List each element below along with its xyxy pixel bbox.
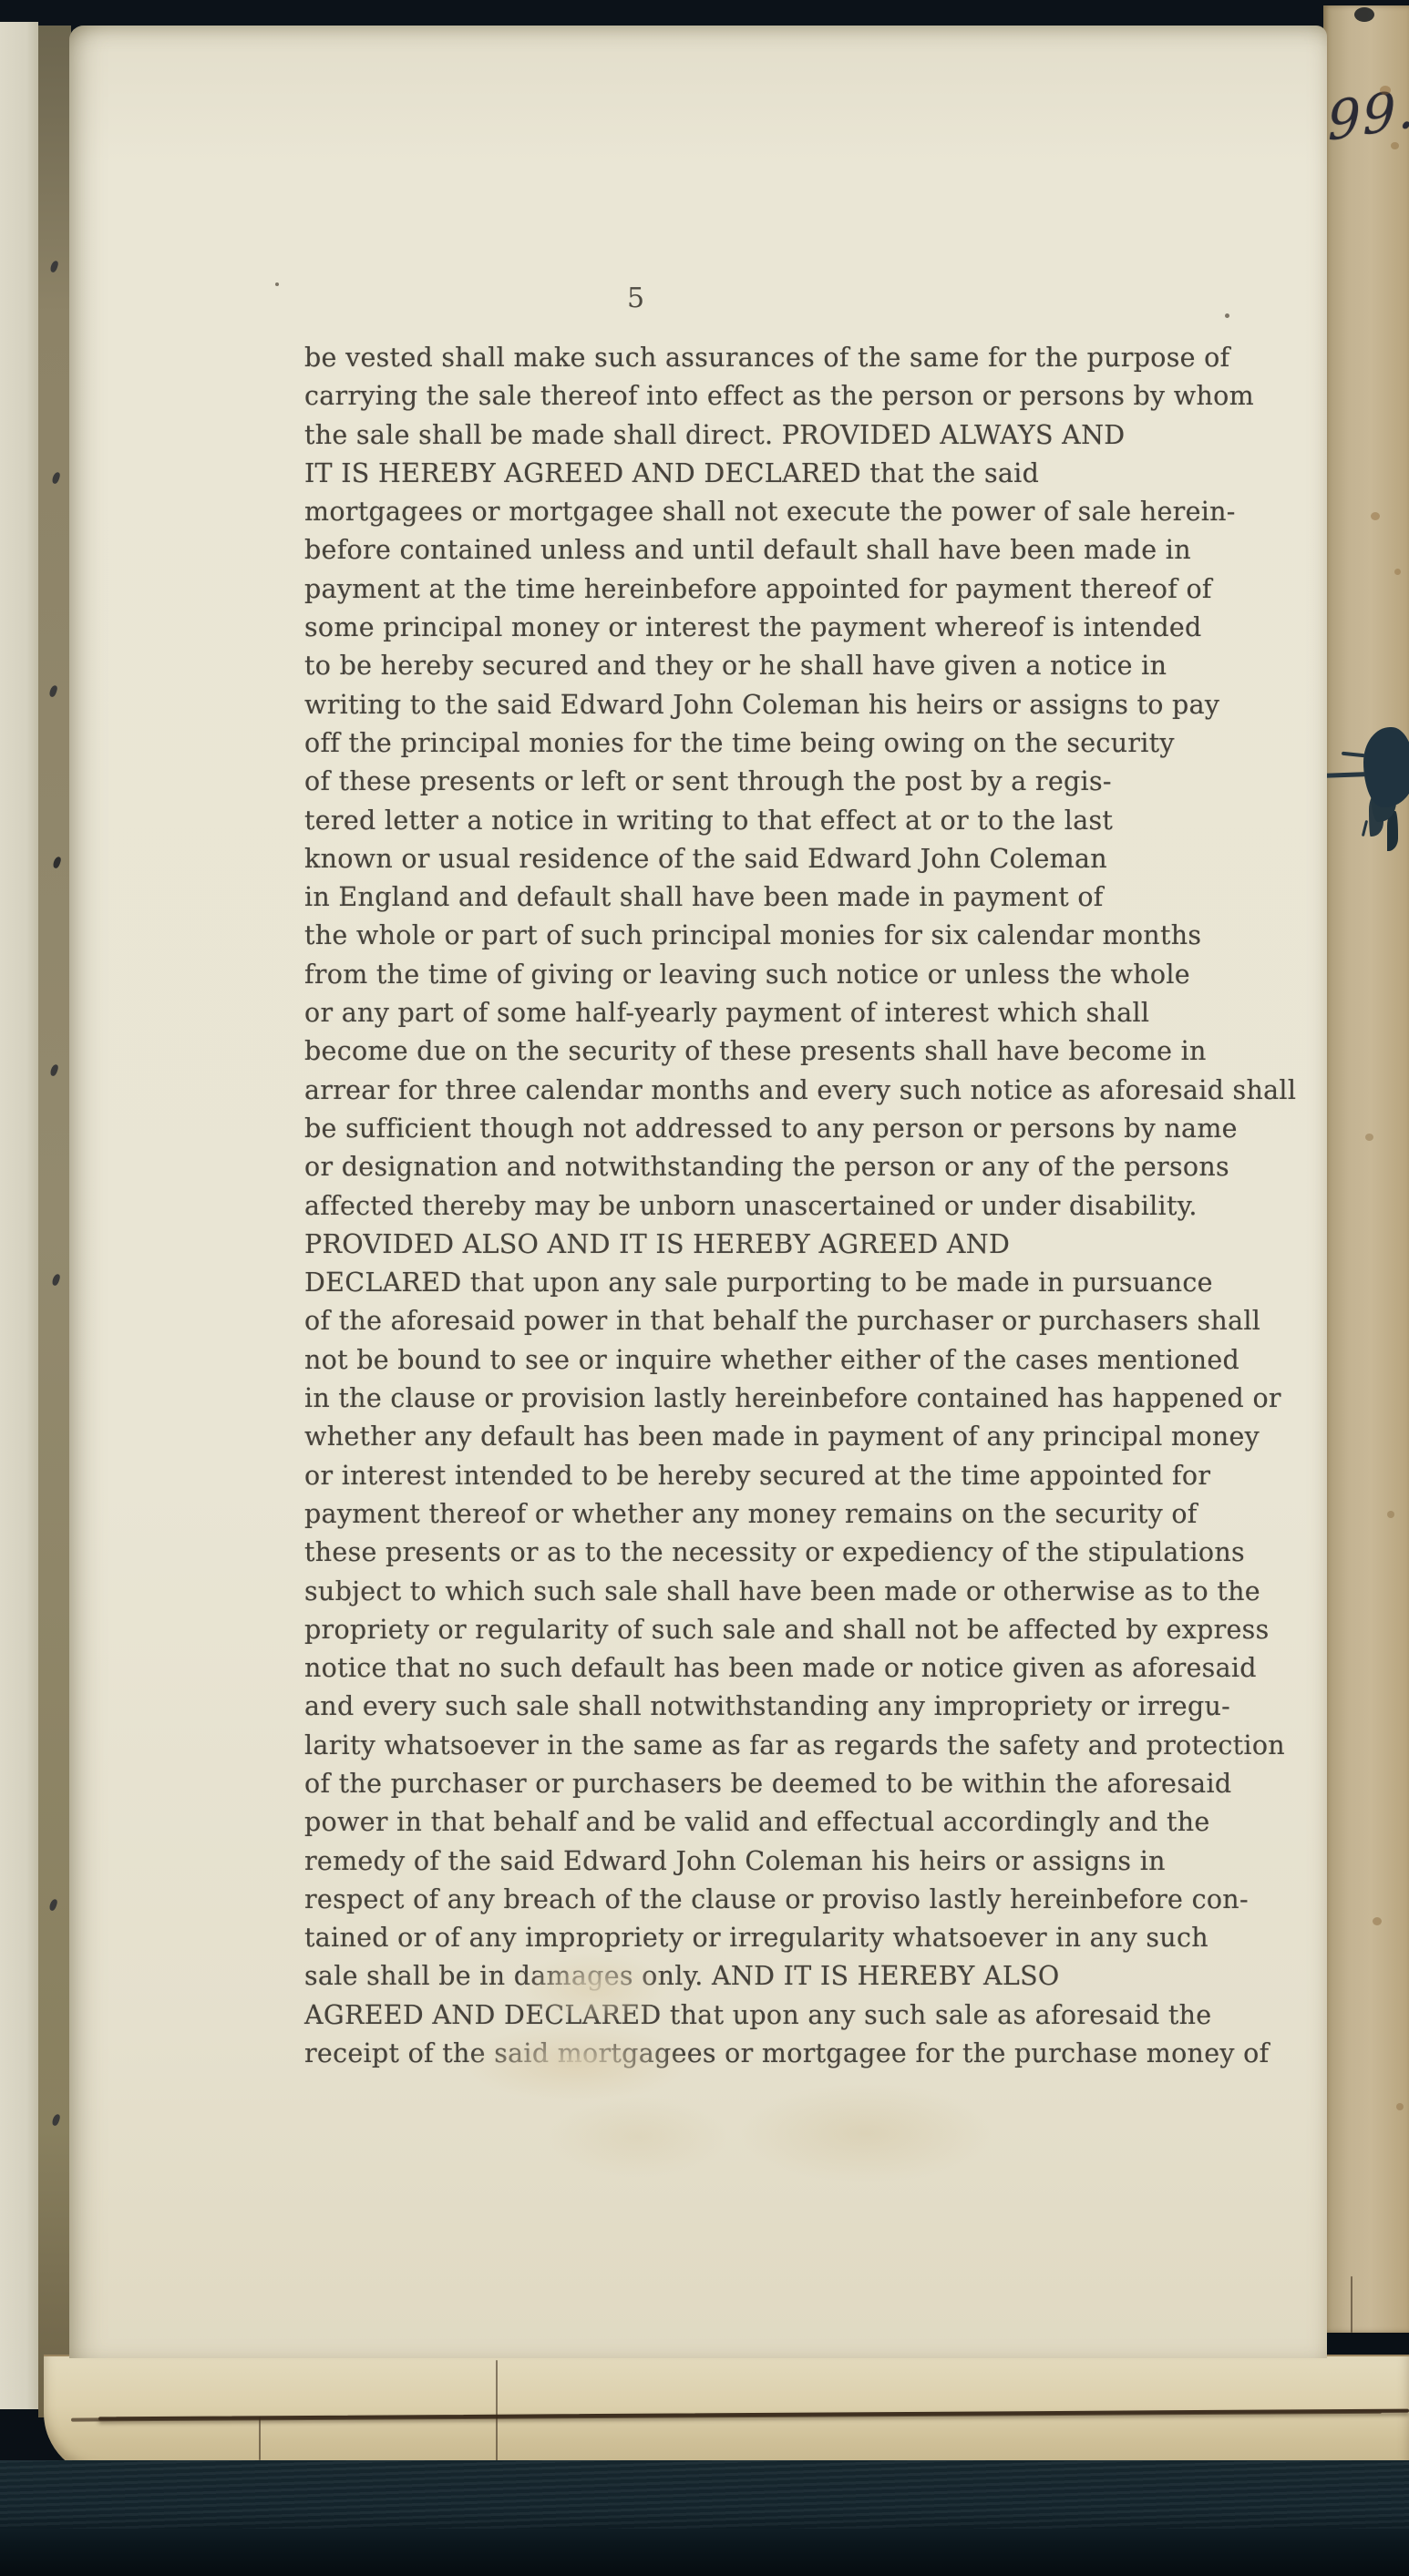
book-cover — [0, 2460, 1409, 2576]
fox-spot — [1391, 142, 1399, 149]
torn-edge-line — [98, 2409, 1409, 2421]
paper-stain — [738, 2083, 993, 2183]
text-line: PROVIDED ALSO AND IT IS HEREBY AGREED AN… — [304, 1226, 1316, 1264]
fox-spot — [1365, 1134, 1373, 1141]
text-line: payment at the time hereinbefore appoint… — [304, 570, 1316, 609]
text-line: carrying the sale thereof into effect as… — [304, 377, 1316, 416]
text-line: sale shall be in damages only. AND IT IS… — [304, 1957, 1316, 1996]
text-line: the whole or part of such principal moni… — [304, 917, 1316, 955]
text-line: of the purchaser or purchasers be deemed… — [304, 1765, 1316, 1803]
fox-spot — [1380, 86, 1391, 95]
paper-stain — [547, 2096, 729, 2178]
text-line: arrear for three calendar months and eve… — [304, 1072, 1316, 1110]
text-line: off the principal monies for the time be… — [304, 724, 1316, 763]
left-page-edge — [0, 22, 38, 2409]
cover-cloth-texture — [0, 2460, 1409, 2529]
text-line: of these presents or left or sent throug… — [304, 763, 1316, 801]
text-line: of the aforesaid power in that behalf th… — [304, 1302, 1316, 1340]
text-line: and every such sale shall notwithstandin… — [304, 1688, 1316, 1726]
edge-crack — [1351, 2276, 1352, 2333]
text-line: be vested shall make such assurances of … — [304, 339, 1316, 377]
text-line: the sale shall be made shall direct. PRO… — [304, 416, 1316, 455]
fox-spot — [1373, 1917, 1382, 1925]
text-line: in the clause or provision lastly herein… — [304, 1380, 1316, 1418]
fox-spot — [1387, 1511, 1394, 1518]
text-line: or any part of some half-yearly payment … — [304, 994, 1316, 1032]
text-line: these presents or as to the necessity or… — [304, 1534, 1316, 1572]
text-line: receipt of the said mortgagees or mortga… — [304, 2035, 1316, 2073]
fox-spot — [1396, 2103, 1404, 2110]
ink-blot — [1363, 727, 1409, 807]
text-line: not be bound to see or inquire whether e… — [304, 1341, 1316, 1380]
bottom-page-edges — [44, 2355, 1409, 2477]
text-line: propriety or regularity of such sale and… — [304, 1611, 1316, 1649]
text-line: from the time of giving or leaving such … — [304, 956, 1316, 994]
text-line: DECLARED that upon any sale purporting t… — [304, 1264, 1316, 1302]
text-line: AGREED AND DECLARED that upon any such s… — [304, 1996, 1316, 2035]
paper-dot — [1225, 313, 1229, 318]
document-page: 5 be vested shall make such assurances o… — [69, 26, 1327, 2358]
paper-smudge — [467, 2025, 685, 2101]
text-line: tained or of any impropriety or irregula… — [304, 1919, 1316, 1957]
edge-crack — [496, 2360, 498, 2469]
text-line: be sufficient though not addressed to an… — [304, 1110, 1316, 1148]
paper-smudge — [521, 1952, 667, 2023]
text-line: subject to which such sale shall have be… — [304, 1573, 1316, 1611]
book-scan: 99. 5 be vested shall mak — [0, 0, 1409, 2576]
text-line: tered letter a notice in writing to that… — [304, 802, 1316, 840]
binding-gutter — [38, 26, 71, 2417]
folio-number: 99. — [1327, 77, 1409, 153]
text-line: affected thereby may be unborn unascerta… — [304, 1187, 1316, 1226]
text-line: or interest intended to be hereby secure… — [304, 1457, 1316, 1495]
text-line: before contained unless and until defaul… — [304, 531, 1316, 570]
fox-spot — [1371, 512, 1380, 520]
text-line: some principal money or interest the pay… — [304, 609, 1316, 647]
fore-edge-pages: 99. — [1323, 5, 1409, 2333]
fox-spot — [1354, 7, 1374, 22]
text-line: larity whatsoever in the same as far as … — [304, 1727, 1316, 1765]
text-line: known or usual residence of the said Edw… — [304, 840, 1316, 878]
text-line: notice that no such default has been mad… — [304, 1649, 1316, 1688]
text-line: become due on the security of these pres… — [304, 1032, 1316, 1071]
text-line: whether any default has been made in pay… — [304, 1418, 1316, 1456]
page-number: 5 — [627, 282, 645, 314]
text-line: IT IS HEREBY AGREED AND DECLARED that th… — [304, 455, 1316, 493]
text-line: mortgagees or mortgagee shall not execut… — [304, 493, 1316, 531]
text-line: respect of any breach of the clause or p… — [304, 1881, 1316, 1919]
text-line: power in that behalf and be valid and ef… — [304, 1803, 1316, 1842]
text-line: writing to the said Edward John Coleman … — [304, 686, 1316, 724]
paper-dot — [275, 282, 279, 286]
text-line: or designation and notwithstanding the p… — [304, 1148, 1316, 1186]
text-line: to be hereby secured and they or he shal… — [304, 647, 1316, 685]
document-text: be vested shall make such assurances of … — [304, 339, 1316, 2073]
edge-crack — [259, 2417, 261, 2460]
text-line: in England and default shall have been m… — [304, 878, 1316, 917]
fox-spot — [1394, 569, 1401, 575]
text-line: remedy of the said Edward John Coleman h… — [304, 1842, 1316, 1881]
text-line: payment thereof or whether any money rem… — [304, 1495, 1316, 1534]
